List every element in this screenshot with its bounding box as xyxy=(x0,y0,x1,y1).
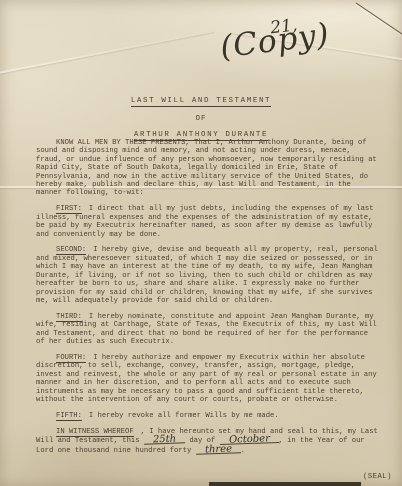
signature-row: (SEAL) xyxy=(0,471,402,486)
title-of: OF xyxy=(0,115,402,124)
document-body: KNOW ALL MEN BY THESE PRESENTS, That I, … xyxy=(36,139,379,463)
witness-text-4: . xyxy=(241,447,245,455)
document-title: LAST WILL AND TESTAMENT xyxy=(131,97,271,107)
clause-third: THIRD:I hereby nominate, constitute and … xyxy=(36,313,379,347)
witness-clause: IN WITNESS WHEREOF, I have hereunto set … xyxy=(36,428,379,455)
seal-label: (SEAL) xyxy=(363,473,392,481)
handwritten-copy-note: 21, (Copy) xyxy=(219,19,332,63)
clause-second: SECOND:I hereby give, devise and bequeat… xyxy=(36,246,379,305)
witness-lead: IN WITNESS WHEREOF xyxy=(56,428,134,437)
handwritten-day: 25th xyxy=(144,435,185,444)
clause-fourth-text: I hereby authorize and empower my Execut… xyxy=(36,354,377,404)
title-block: LAST WILL AND TESTAMENT OF ARTHUR ANTHON… xyxy=(0,97,402,140)
clause-third-text: I hereby nominate, constitute and appoin… xyxy=(36,313,377,346)
opening-paragraph: KNOW ALL MEN BY THESE PRESENTS, That I, … xyxy=(36,139,379,198)
opening-text: KNOW ALL MEN BY THESE PRESENTS, That I, … xyxy=(36,139,377,197)
clause-fourth: FOURTH:I hereby authorize and empower my… xyxy=(36,354,379,404)
paper-crease-top-left xyxy=(0,30,214,76)
handwritten-year-word: three xyxy=(195,445,240,455)
clause-fifth: FIFTH:I hereby revoke all former Wills b… xyxy=(36,412,379,420)
clause-first-text: I direct that all my just debts, includi… xyxy=(36,205,374,238)
clause-second-text: I hereby give, devise and bequeath all m… xyxy=(36,246,378,304)
handwritten-page-number: 21, xyxy=(269,10,300,44)
clause-first: FIRST:I direct that all my just debts, i… xyxy=(36,205,379,239)
corner-fold-line xyxy=(356,2,402,34)
document-page: 21, (Copy) LAST WILL AND TESTAMENT OF AR… xyxy=(0,0,402,486)
clause-fifth-text: I hereby revoke all former Wills by me m… xyxy=(89,412,279,420)
clause-fifth-heading: FIFTH: xyxy=(56,412,82,421)
signature-line xyxy=(209,482,361,486)
